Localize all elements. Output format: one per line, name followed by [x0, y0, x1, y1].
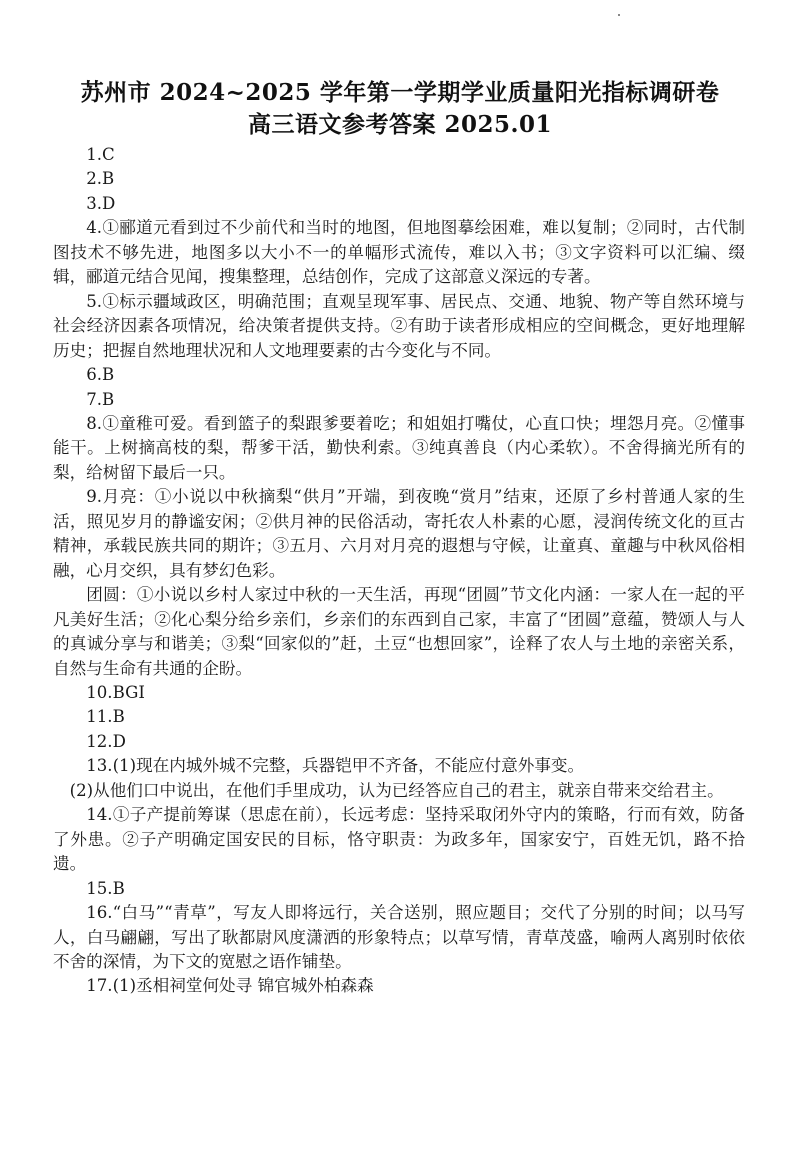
answer-3: 3.D: [53, 192, 745, 216]
answer-key-body: 1.C 2.B 3.D 4.①郦道元看到过不少前代和当时的地图，但地图摹绘困难，…: [53, 143, 745, 999]
answer-11: 11.B: [53, 705, 745, 729]
answer-4: 4.①郦道元看到过不少前代和当时的地图，但地图摹绘困难，难以复制；②同时，古代制…: [53, 216, 745, 289]
answer-9-reunion: 团圆：①小说以乡村人家过中秋的一天生活，再现“团圆”节文化内涵：一家人在一起的平…: [53, 583, 745, 681]
answer-8: 8.①童稚可爱。看到篮子的梨跟爹要着吃；和姐姐打嘴仗，心直口快；埋怨月亮。②懂事…: [53, 412, 745, 485]
answer-15: 15.B: [53, 877, 745, 901]
answer-5: 5.①标示疆域政区，明确范围；直观呈现军事、居民点、交通、地貌、物产等自然环境与…: [53, 290, 745, 363]
answer-7: 7.B: [53, 388, 745, 412]
document-title: 苏州市 2024~2025 学年第一学期学业质量阳光指标调研卷: [0, 78, 800, 108]
document-subtitle: 高三语文参考答案 2025.01: [0, 110, 800, 140]
answer-2: 2.B: [53, 167, 745, 191]
answer-6: 6.B: [53, 363, 745, 387]
answer-16: 16.“白马”“青草”，写友人即将远行，关合送别，照应题目；交代了分别的时间；以…: [53, 901, 745, 974]
answer-14: 14.①子产提前筹谋（思虑在前），长远考虑：坚持采取闭外守内的策略，行而有效，防…: [53, 803, 745, 876]
answer-9-moon: 9.月亮：①小说以中秋摘梨“供月”开端，到夜晚“赏月”结束，还原了乡村普通人家的…: [53, 485, 745, 583]
answer-13-part2: (2)从他们口中说出，在他们手里成功，认为已经答应自己的君主，就亲自带来交给君主…: [53, 779, 745, 803]
answer-1: 1.C: [53, 143, 745, 167]
answer-10: 10.BGI: [53, 681, 745, 705]
scan-speck: [618, 14, 620, 16]
answer-17: 17.(1)丞相祠堂何处寻 锦官城外柏森森: [53, 974, 745, 998]
answer-13-part1: 13.(1)现在内城外城不完整，兵器铠甲不齐备，不能应付意外事变。: [53, 754, 745, 778]
answer-12: 12.D: [53, 730, 745, 754]
